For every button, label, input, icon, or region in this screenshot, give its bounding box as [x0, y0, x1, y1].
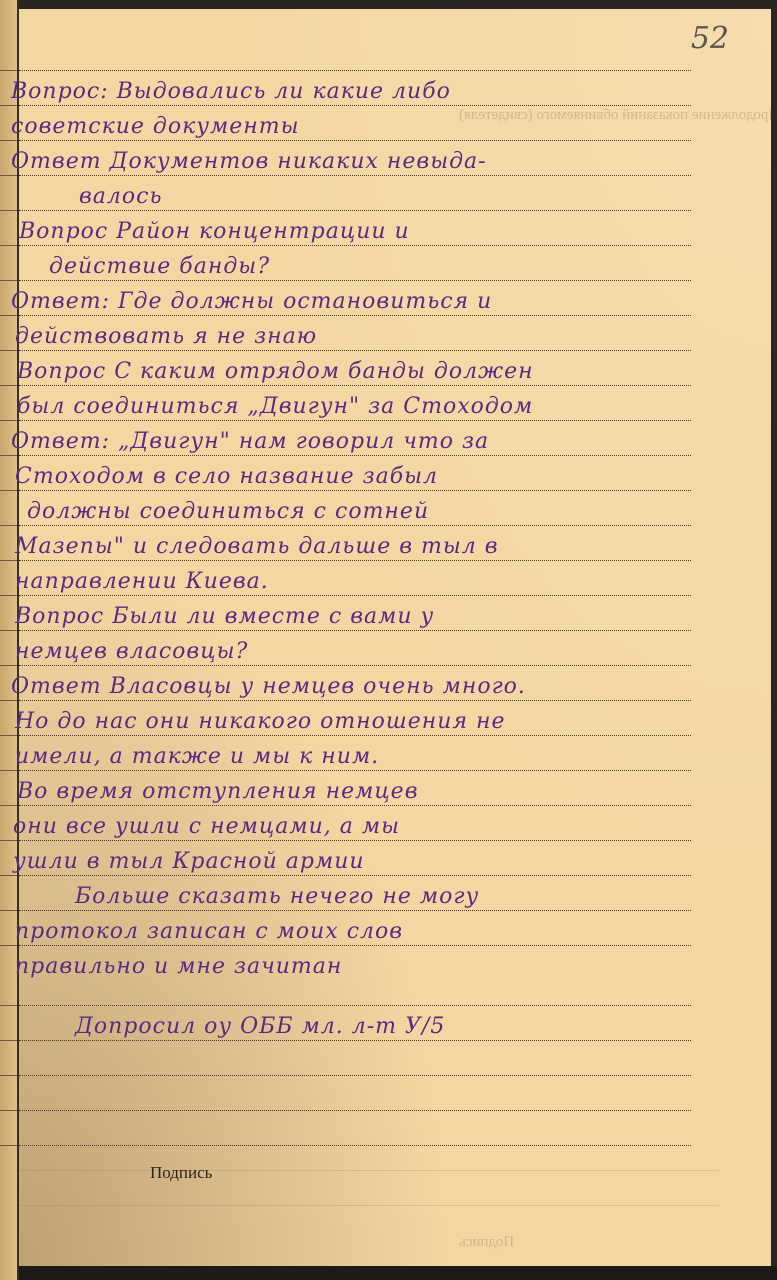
bleed-through-header: Продолжение показаний обвиняемого (свиде…: [459, 107, 777, 124]
handwritten-line: Вопрос Были ли вместе с вами у: [15, 604, 434, 629]
interrogator-signature-line: Допросил оу ОББ мл. л-т У/5: [75, 1014, 445, 1039]
left-rule: [0, 1075, 17, 1076]
ruled-line: [19, 1110, 691, 1111]
left-rule: [0, 910, 17, 911]
handwritten-line: Мазепы" и следовать дальше в тыл в: [15, 534, 499, 559]
handwritten-line: ушли в тыл Красной армии: [13, 849, 365, 874]
handwritten-line: был соединиться „Двигун" за Стоходом: [17, 394, 533, 419]
left-rule: [0, 840, 17, 841]
ruled-line: [19, 770, 691, 771]
left-rule: [0, 770, 17, 771]
left-rule: [0, 385, 17, 386]
left-rule: [0, 875, 17, 876]
left-rule: [0, 210, 17, 211]
left-rule: [0, 280, 17, 281]
left-rule: [0, 1110, 17, 1111]
ruled-line: [19, 595, 691, 596]
signature-label: Подпись: [150, 1163, 212, 1183]
handwritten-line: Ответ: Где должны остановиться и: [11, 289, 492, 314]
handwritten-line: советские документы: [11, 114, 300, 139]
handwritten-line: Но до нас они никакого отношения не: [15, 709, 506, 734]
ruled-line: [19, 875, 691, 876]
handwritten-line: Вопрос: Выдовались ли какие либо: [11, 79, 451, 104]
left-rule: [0, 455, 17, 456]
handwritten-line: они все ушли с немцами, а мы: [13, 814, 400, 839]
handwritten-line: должны соединиться с сотней: [27, 499, 429, 524]
handwritten-line: Ответ Документов никаких невыда-: [11, 149, 487, 174]
handwritten-line: протокол записан с моих слов: [15, 919, 403, 944]
left-rule: [0, 245, 17, 246]
handwritten-line: направлении Киева.: [15, 569, 269, 594]
handwritten-line: правильно и мне зачитан: [15, 954, 342, 979]
left-rule: [0, 140, 17, 141]
ruled-line: [19, 560, 691, 561]
ruled-line: [19, 665, 691, 666]
bleed-through-footer: Подпись: [459, 1234, 514, 1251]
left-rule: [0, 700, 17, 701]
left-rule: [0, 175, 17, 176]
ruled-line: [19, 490, 691, 491]
ruled-line: [19, 945, 691, 946]
left-rule: [0, 665, 17, 666]
ruled-line: [19, 385, 691, 386]
ruled-line: [19, 420, 691, 421]
ruled-line: [19, 525, 691, 526]
left-rule: [0, 805, 17, 806]
left-rule: [0, 630, 17, 631]
ruled-line: [19, 630, 691, 631]
ruled-line: [19, 1145, 691, 1146]
left-rule: [0, 525, 17, 526]
ruled-line: [19, 140, 691, 141]
page-number: 52: [691, 21, 729, 56]
left-rule: [0, 315, 17, 316]
handwritten-line: действовать я не знаю: [15, 324, 317, 349]
left-rule: [0, 1040, 17, 1041]
ruled-line: [19, 1075, 691, 1076]
ruled-line: [19, 280, 691, 281]
faint-line: [19, 1170, 719, 1171]
handwritten-line: Во время отступления немцев: [17, 779, 419, 804]
left-rule: [0, 490, 17, 491]
ruled-line: [19, 1040, 691, 1041]
left-rule: [0, 420, 17, 421]
handwritten-line: Вопрос Район концентрации и: [19, 219, 410, 244]
ruled-line: [19, 1005, 691, 1006]
left-rule: [0, 560, 17, 561]
left-rule: [0, 1005, 17, 1006]
ruled-line: [19, 350, 691, 351]
left-rule: [0, 70, 17, 71]
left-rule: [0, 350, 17, 351]
handwritten-line: Ответ Власовцы у немцев очень много.: [11, 674, 526, 699]
ruled-line: [19, 840, 691, 841]
ruled-line: [19, 910, 691, 911]
handwritten-line: имели, а также и мы к ним.: [15, 744, 379, 769]
left-rule: [0, 595, 17, 596]
left-rule: [0, 1145, 17, 1146]
ruled-line: [19, 455, 691, 456]
handwritten-line: Стоходом в село название забыл: [15, 464, 438, 489]
left-rule: [0, 945, 17, 946]
left-rule: [0, 735, 17, 736]
ruled-line: [19, 175, 691, 176]
scan-bottom-edge: [19, 1266, 777, 1280]
ruled-line: [19, 105, 691, 106]
ruled-line: [19, 315, 691, 316]
handwritten-line: Ответ: „Двигун" нам говорил что за: [11, 429, 489, 454]
left-rule: [0, 105, 17, 106]
document-page: 52 Продолжение показаний обвиняемого (св…: [19, 9, 771, 1269]
ruled-line: [19, 735, 691, 736]
ruled-line: [19, 245, 691, 246]
handwritten-line: Больше сказать нечего не могу: [75, 884, 479, 909]
ruled-line: [19, 70, 691, 71]
ruled-line: [19, 805, 691, 806]
handwritten-line: действие банды?: [49, 254, 270, 279]
handwritten-line: валось: [79, 184, 162, 209]
handwritten-line: Вопрос С каким отрядом банды должен: [17, 359, 534, 384]
faint-line: [19, 1205, 719, 1206]
ruled-line: [19, 210, 691, 211]
ruled-line: [19, 700, 691, 701]
handwritten-line: немцев власовцы?: [15, 639, 248, 664]
